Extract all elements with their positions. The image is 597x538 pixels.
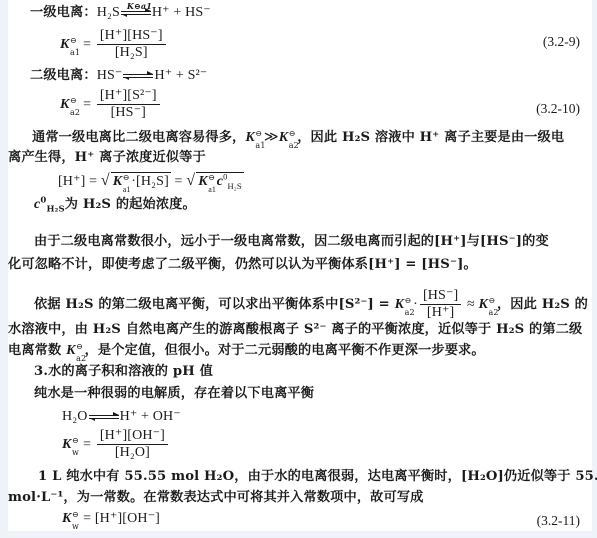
equation-number: (3.2-11) <box>537 512 580 530</box>
paragraph-line: 1 L 纯水中有 55.55 mol H₂O，由于水的电离很弱，达电离平衡时，[… <box>38 468 597 486</box>
reactant: H₂S <box>97 5 120 20</box>
sqrt-icon: √ <box>101 172 110 189</box>
denominator: [H⁺] <box>424 305 457 321</box>
numerator: [H⁺][HS⁻] <box>97 28 166 45</box>
paragraph-line: c0H₂S为 H₂S 的起始浓度。 <box>34 196 196 214</box>
textbook-page: 一级电离：H₂SK⊖a1H⁺ + HS⁻ K⊖a1 = [H⁺][HS⁻][H₂… <box>8 0 592 531</box>
sqrt-icon: √ <box>186 172 195 189</box>
ka2-expression: K⊖a2 = [H⁺][S²⁻][HS⁻] <box>60 88 162 121</box>
kw-expression: K⊖w = [H⁺][OH⁻][H₂O] <box>62 428 170 461</box>
sqrt-body: K⊖a1c0H₂S <box>196 172 244 190</box>
products: H⁺ + S²⁻ <box>154 68 207 83</box>
k-subscript: a2 <box>405 304 415 322</box>
k-letter: K <box>245 130 255 145</box>
h-concentration-formula: [H⁺] = √K⊖a1·[H₂S] = √K⊖a1c0H₂S <box>58 172 244 191</box>
k-letter: K <box>62 511 72 526</box>
paragraph-line: 化可忽略不计，即使考虑了二级平衡，仍然可以认为平衡体系[H⁺] = [HS⁻]。 <box>8 256 477 274</box>
denominator: [H₂S] <box>112 45 151 61</box>
much-greater-sign: ≫ <box>264 130 279 145</box>
k-letter: K <box>478 297 488 312</box>
rhs: = [H⁺][OH⁻] <box>80 511 160 526</box>
lhs: [H⁺] = <box>58 174 101 189</box>
equation-number: (3.2-10) <box>536 100 580 118</box>
ka2-fraction: [H⁺][S²⁻][HS⁻] <box>97 88 160 121</box>
equilibrium-arrow-icon <box>123 71 153 81</box>
kw-fraction: [H⁺][OH⁻][H₂O] <box>97 428 168 461</box>
reactant: HS⁻ <box>97 68 123 83</box>
section-heading: 3.水的离子积和溶液的 pH 值 <box>34 363 213 381</box>
k-subscript: a1 <box>208 181 216 198</box>
text: 依据 H₂S 的第二级电离平衡，可以求出平衡体系中[S²⁻] = <box>34 297 395 312</box>
ka2-symbol: K⊖a2 <box>279 129 289 147</box>
text: ，因此 H₂S 的 <box>497 297 588 312</box>
paragraph-line: 离产生得，H⁺ 离子浓度近似等于 <box>8 149 206 167</box>
equals: = <box>80 37 95 52</box>
k-subscript: a2 <box>70 104 80 122</box>
numerator: [HS⁻] <box>420 288 461 305</box>
sqrt-body: K⊖a1·[H₂S] <box>111 172 171 190</box>
equals: = <box>80 97 95 112</box>
hs-over-h-fraction: [HS⁻][H⁺] <box>420 288 461 321</box>
equation-number: (3.2-9) <box>543 33 580 51</box>
reactant: H₂O <box>62 409 88 424</box>
h2s-term: ·[H₂S] <box>131 174 169 189</box>
second-ionization-line: 二级电离：HS⁻H⁺ + S²⁻ <box>30 67 207 85</box>
ka1-symbol: K⊖a1 <box>60 36 70 54</box>
k-letter: K <box>395 297 405 312</box>
text: ，因此 H₂S 溶液中 H⁺ 离子主要是由一级电 <box>297 130 564 145</box>
k-letter: K <box>279 130 289 145</box>
k-letter: K <box>113 174 123 189</box>
text: 通常一级电离比二级电离容易得多， <box>32 130 245 145</box>
paragraph-line: 由于二级电离常数很小，远小于一级电离常数，因二级电离而引起的[H⁺]与[HS⁻]… <box>34 233 549 251</box>
k-letter: K <box>66 343 76 358</box>
water-ionization-line: H₂OH⁺ + OH⁻ <box>62 408 181 426</box>
k-letter: K <box>62 437 72 452</box>
products: H⁺ + HS⁻ <box>152 5 211 20</box>
k-letter: K <box>198 174 208 189</box>
k-subscript: a2 <box>488 304 498 322</box>
equals: = <box>80 437 95 452</box>
k-subscript: w <box>72 444 79 462</box>
denominator: [HS⁻] <box>108 105 149 121</box>
text: 电离常数 <box>8 343 66 358</box>
numerator: [H⁺][S²⁻] <box>97 88 160 105</box>
paragraph-line: 电离常数 K⊖a2，是个定值，但很小。对于二元弱酸的电离平衡不作更深一步要求。 <box>8 342 485 360</box>
equals: = <box>171 174 186 189</box>
products: H⁺ + OH⁻ <box>120 409 181 424</box>
paragraph-line: 水溶液中，由 H₂S 自然电离产生的游离酸根离子 S²⁻ 离子的平衡浓度，近似等… <box>8 321 582 339</box>
c-subscript: H₂S <box>227 181 241 191</box>
equilibrium-arrow-icon: K⊖a1 <box>121 8 151 18</box>
k-letter: K <box>60 97 70 112</box>
k-subscript: a1 <box>70 44 80 62</box>
text: ，是个定值，但很小。对于二元弱酸的电离平衡不作更深一步要求。 <box>85 343 485 358</box>
k-subscript: a1 <box>255 137 265 155</box>
text: 为 H₂S 的起始浓度。 <box>65 197 196 212</box>
k-subscript: a2 <box>289 137 299 155</box>
paragraph-line: 依据 H₂S 的第二级电离平衡，可以求出平衡体系中[S²⁻] = K⊖a2·[H… <box>34 288 588 321</box>
paragraph-line: 纯水是一种很弱的电解质，存在着以下电离平衡 <box>34 385 314 403</box>
ka1-fraction: [H⁺][HS⁻][H₂S] <box>97 28 166 61</box>
first-ionization-label: 一级电离： <box>30 5 97 20</box>
ka1-expression: K⊖a1 = [H⁺][HS⁻][H₂S] <box>60 28 168 61</box>
first-ionization-line: 一级电离：H₂SK⊖a1H⁺ + HS⁻ <box>30 4 211 22</box>
kw-product-expression: K⊖w = [H⁺][OH⁻] <box>62 510 160 528</box>
k-letter: K <box>60 37 70 52</box>
paragraph-line: mol·L⁻¹，为一常数。在常数表达式中可将其并入常数项中，故可写成 <box>8 489 424 507</box>
ka1-symbol: K⊖a1 <box>245 129 255 147</box>
equilibrium-arrow-icon <box>89 412 119 422</box>
second-ionization-label: 二级电离： <box>30 68 97 83</box>
paragraph-line: 通常一级电离比二级电离容易得多，K⊖a1≫K⊖a2，因此 H₂S 溶液中 H⁺ … <box>32 129 564 147</box>
k-subscript: w <box>72 518 79 536</box>
denominator: [H₂O] <box>112 445 153 461</box>
c-subscript: H₂S <box>46 205 64 215</box>
ka2-symbol: K⊖a2 <box>60 96 70 114</box>
numerator: [H⁺][OH⁻] <box>97 428 168 445</box>
approx-sign: ≈ <box>463 297 478 312</box>
